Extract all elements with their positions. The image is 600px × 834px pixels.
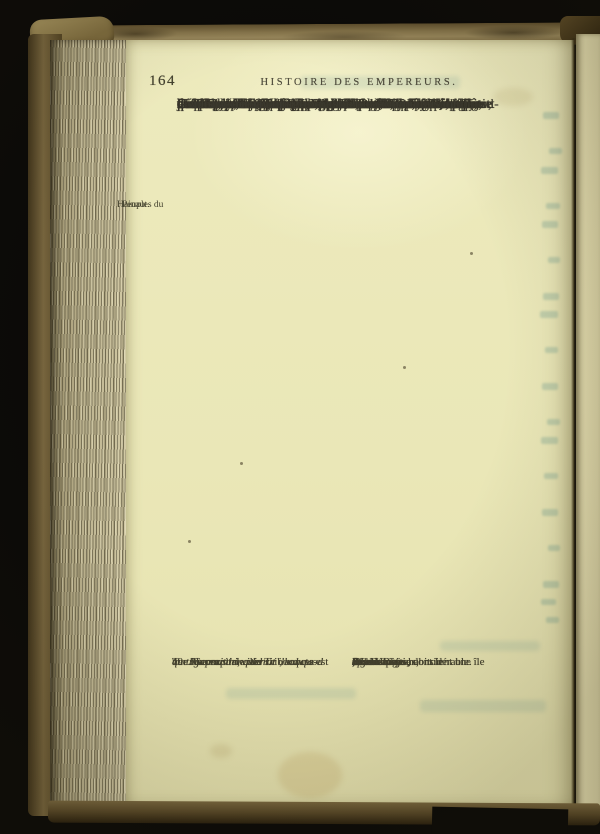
facing-page-sliver (576, 34, 600, 816)
margin-note-line: Hainaut. (117, 200, 149, 212)
speck (470, 252, 473, 255)
bottom-right-shadow (432, 807, 569, 834)
ink-showthrough (440, 641, 540, 651)
page-stain (493, 88, 533, 106)
fore-edge-pages (50, 40, 134, 814)
running-header: HISTOIRE DES EMPEREURS. (178, 77, 540, 88)
page-stain (210, 744, 232, 758)
page-stain (278, 752, 342, 798)
speck (403, 366, 406, 369)
speck (240, 462, 243, 465)
speck (188, 540, 191, 543)
book-photo: 164 HISTOIRE DES EMPEREURS. Peuples du H… (0, 0, 600, 834)
body-line: vient encore davantage, considérée comme… (177, 95, 492, 113)
ink-showthrough (420, 700, 546, 712)
ink-showthrough (226, 688, 356, 699)
